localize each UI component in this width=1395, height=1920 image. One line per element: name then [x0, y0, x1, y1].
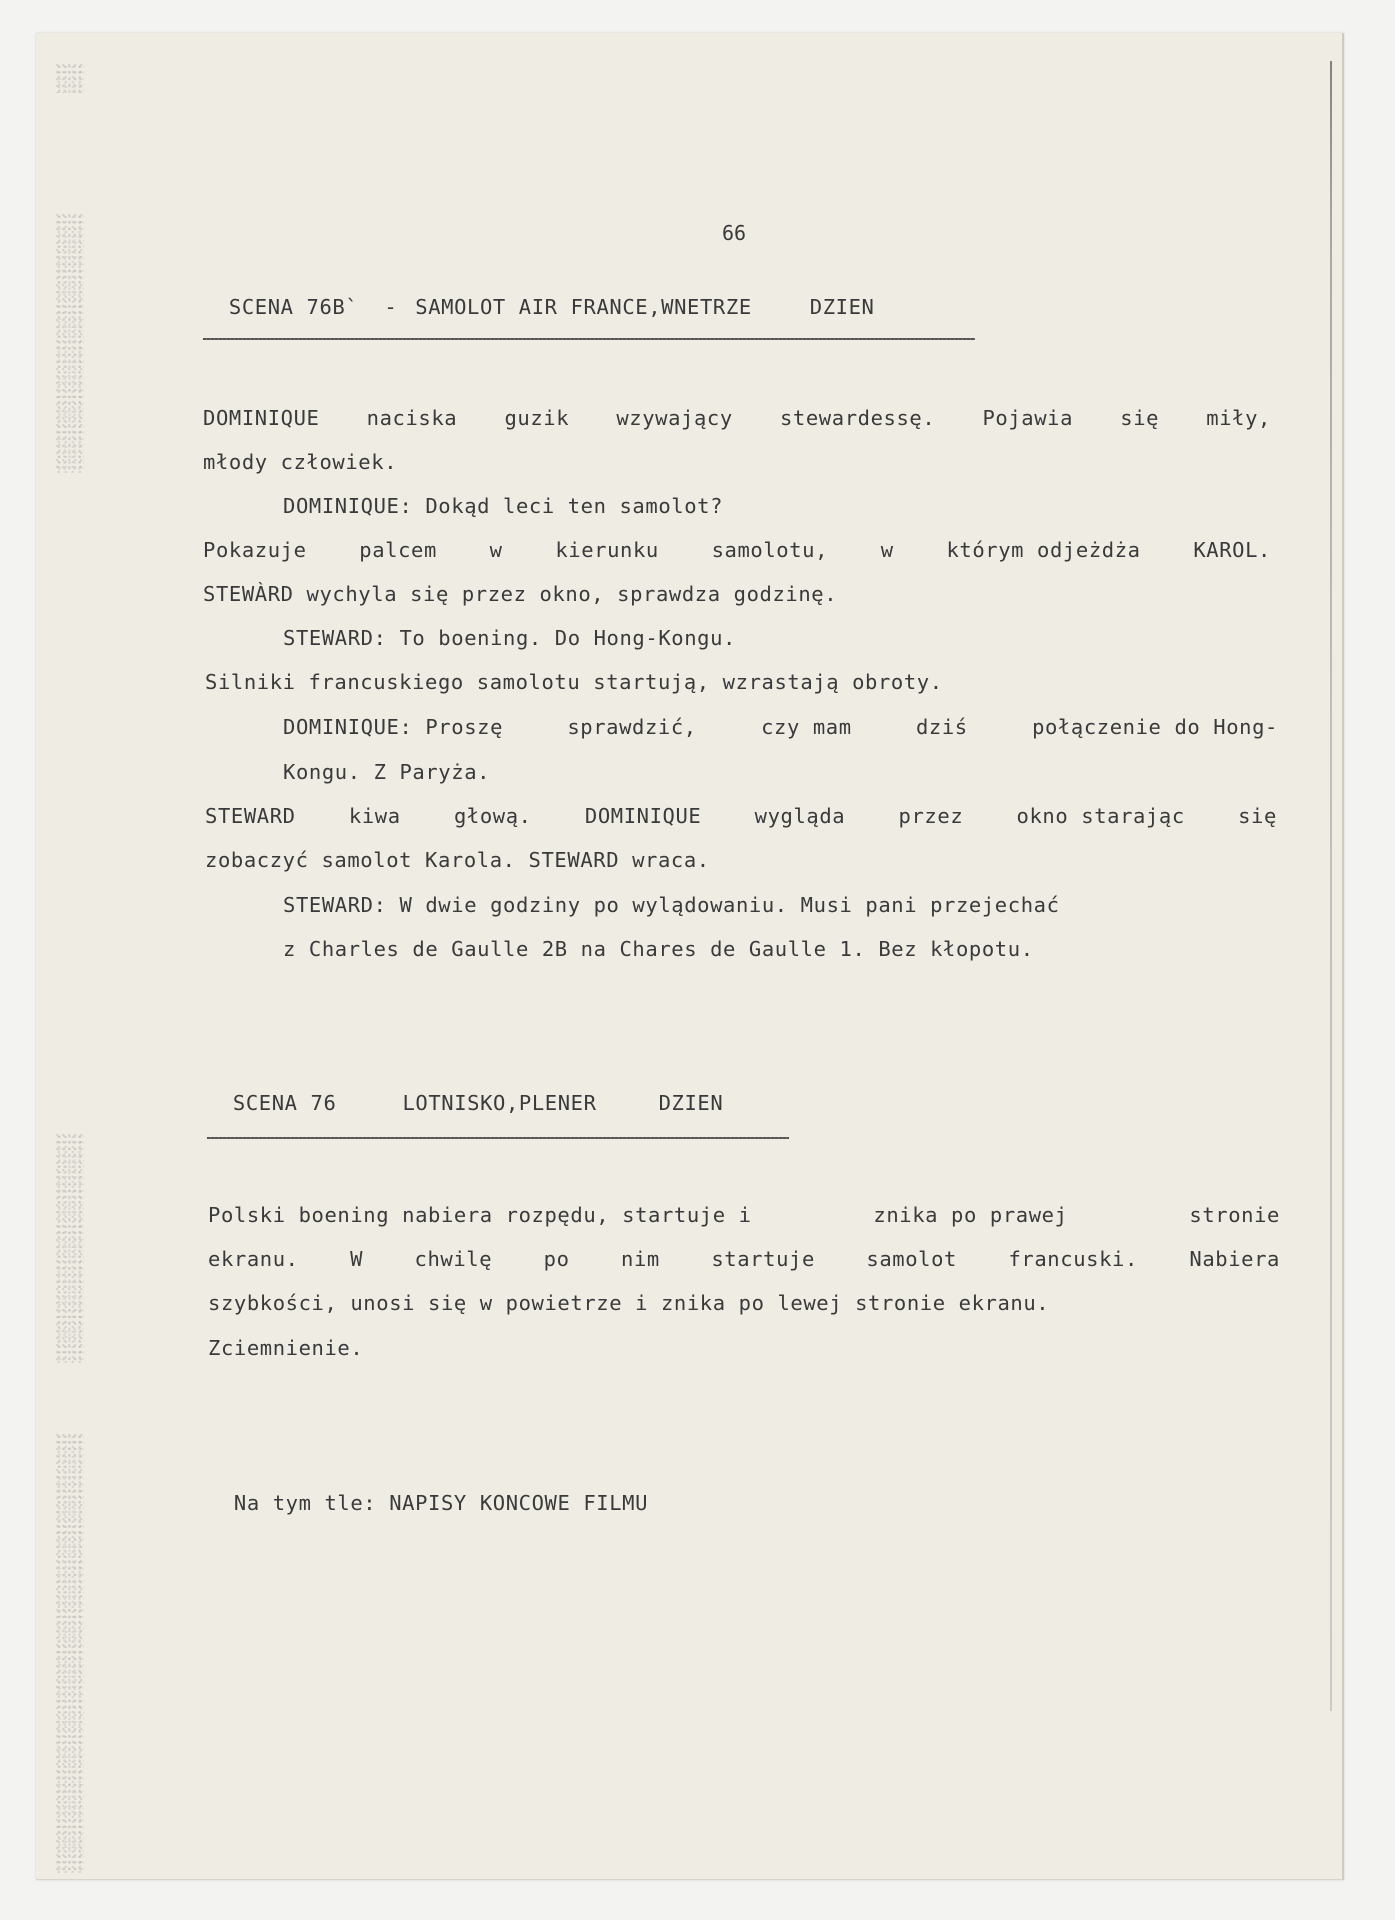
action-line: Zciemnienie. — [208, 1338, 363, 1359]
action-line: Silniki francuskiego samolotu startują, … — [205, 672, 943, 693]
word: którym odjeżdża — [946, 540, 1140, 561]
word: samolot — [866, 1249, 957, 1270]
action-line: DOMINIQUEnaciskaguzikwzywającystewardess… — [203, 408, 1271, 429]
action-line: STEWÀRD wychyla się przez okno, sprawdza… — [203, 584, 837, 605]
word: wygląda — [755, 806, 846, 827]
word: w — [490, 540, 503, 561]
dialogue-line: DOMINIQUE: Proszęsprawdzić,czy mamdziśpo… — [283, 717, 1278, 738]
word: ekranu. — [208, 1249, 299, 1270]
word: w — [881, 540, 894, 561]
page-number: 66 — [722, 221, 746, 245]
scene-number: SCENA 76B` — [229, 295, 358, 319]
word: samolotu, — [712, 540, 828, 561]
action-line: młody człowiek. — [203, 452, 397, 473]
word: czy mam — [761, 717, 852, 738]
word: startuje — [711, 1249, 815, 1270]
scan-speckle — [56, 63, 84, 93]
scan-speckle — [56, 1433, 84, 1873]
dialogue-line: z Charles de Gaulle 2B na Chares de Gaul… — [283, 939, 1034, 960]
word: stronie — [1189, 1205, 1280, 1226]
word: sprawdzić, — [567, 717, 696, 738]
scene-location: LOTNISKO,PLENER — [402, 1091, 596, 1115]
scene-heading-76b: SCENA 76B`-SAMOLOT AIR FRANCE,WNETRZEDZI… — [203, 276, 874, 317]
word: kiwa — [349, 806, 401, 827]
heading-underline — [203, 338, 975, 340]
heading-underline — [207, 1137, 789, 1139]
closing-text: NAPISY KONCOWE FILMU — [389, 1491, 648, 1515]
scene-separator: - — [384, 295, 397, 319]
word: przez — [899, 806, 964, 827]
page-edge-mark — [1330, 61, 1332, 1711]
action-line: STEWARDkiwagłową.DOMINIQUEwyglądaprzezok… — [205, 806, 1277, 827]
word: chwilę — [415, 1249, 493, 1270]
dialogue-line: Kongu. Z Paryża. — [283, 762, 490, 783]
word: DOMINIQUE: Proszę — [283, 717, 503, 738]
action-line: zobaczyć samolot Karola. STEWARD wraca. — [205, 850, 710, 871]
word: dziś — [916, 717, 968, 738]
word: głową. — [454, 806, 532, 827]
word: kierunku — [555, 540, 659, 561]
scene-time: DZIEN — [810, 295, 875, 319]
scene-heading-76: SCENA 76LOTNISKO,PLENERDZIEN — [207, 1072, 723, 1113]
word: guzik — [504, 408, 569, 429]
word: się — [1120, 408, 1159, 429]
word: nim — [621, 1249, 660, 1270]
scan-speckle — [56, 1133, 84, 1363]
word: KAROL. — [1193, 540, 1271, 561]
word: okno starając — [1017, 806, 1185, 827]
action-line: Pokazujepalcemwkierunkusamolotu,wktórym … — [203, 540, 1271, 561]
word: stewardessę. — [780, 408, 935, 429]
word: W — [350, 1249, 363, 1270]
word: STEWARD — [205, 806, 296, 827]
word: francuski. — [1008, 1249, 1137, 1270]
action-line: ekranu.Wchwilęponimstartujesamolotfrancu… — [208, 1249, 1280, 1270]
word: się — [1238, 806, 1277, 827]
word: Polski boening nabiera rozpędu, startuje… — [208, 1205, 752, 1226]
word: DOMINIQUE — [585, 806, 701, 827]
scene-number: SCENA 76 — [233, 1091, 337, 1115]
dialogue-line: STEWARD: To boening. Do Hong-Kongu. — [283, 628, 736, 649]
action-line: szybkości, unosi się w powietrze i znika… — [208, 1293, 1049, 1314]
word: palcem — [359, 540, 437, 561]
word: po — [544, 1249, 570, 1270]
word: połączenie do Hong- — [1032, 717, 1278, 738]
word: Pokazuje — [203, 540, 307, 561]
word: naciska — [367, 408, 458, 429]
scene-time: DZIEN — [659, 1091, 724, 1115]
action-line: Polski boening nabiera rozpędu, startuje… — [208, 1205, 1280, 1226]
dialogue-line: STEWARD: W dwie godziny po wylądowaniu. … — [283, 895, 1060, 916]
closing-prefix: Na tym tle: — [234, 1491, 376, 1515]
word: DOMINIQUE — [203, 408, 319, 429]
word: Nabiera — [1189, 1249, 1280, 1270]
word: Pojawia — [982, 408, 1073, 429]
closing-line: Na tym tle: NAPISY KONCOWE FILMU — [208, 1472, 648, 1513]
word: wzywający — [616, 408, 732, 429]
scene-location: SAMOLOT AIR FRANCE,WNETRZE — [415, 295, 752, 319]
dialogue-line: DOMINIQUE: Dokąd leci ten samolot? — [283, 496, 723, 517]
scan-speckle — [56, 213, 84, 473]
word: znika po prawej — [873, 1205, 1067, 1226]
word: miły, — [1206, 408, 1271, 429]
